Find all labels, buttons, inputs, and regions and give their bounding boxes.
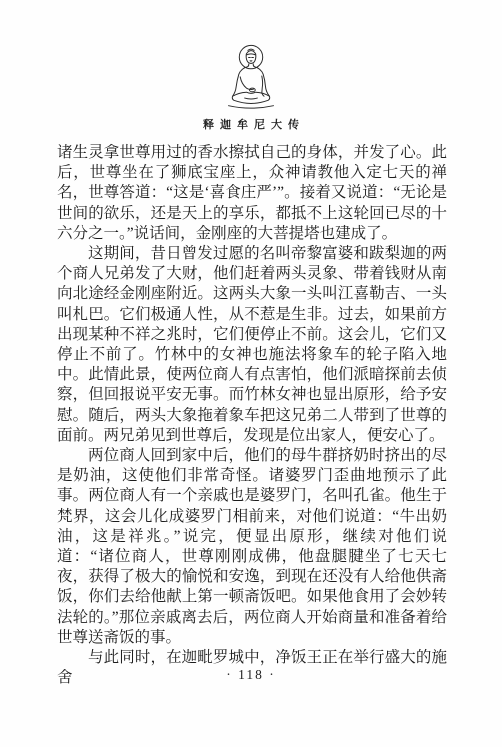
page-header: 释迦牟尼大传 — [0, 40, 502, 132]
book-title: 释迦牟尼大传 — [0, 116, 502, 132]
paragraph: 诸生灵拿世尊用过的香水擦拭自己的身体，并发了心。此后，世尊坐在了狮底宝座上，众神… — [57, 143, 447, 244]
book-page: 释迦牟尼大传 诸生灵拿世尊用过的香水擦拭自己的身体，并发了心。此后，世尊坐在了狮… — [0, 0, 502, 747]
body-text: 诸生灵拿世尊用过的香水擦拭自己的身体，并发了心。此后，世尊坐在了狮底宝座上，众神… — [57, 143, 447, 688]
paragraph: 两位商人回到家中后，他们的母牛群挤奶时挤出的尽是奶油，这使他们非常奇怪。诸婆罗门… — [57, 446, 447, 648]
paragraph: 这期间，昔日曾发过愿的名叫帝黎富婆和跋梨迦的两个商人兄弟发了大财，他们赶着两头灵… — [57, 244, 447, 446]
buddha-illustration — [0, 40, 502, 112]
page-number: · 118 · — [0, 667, 502, 683]
